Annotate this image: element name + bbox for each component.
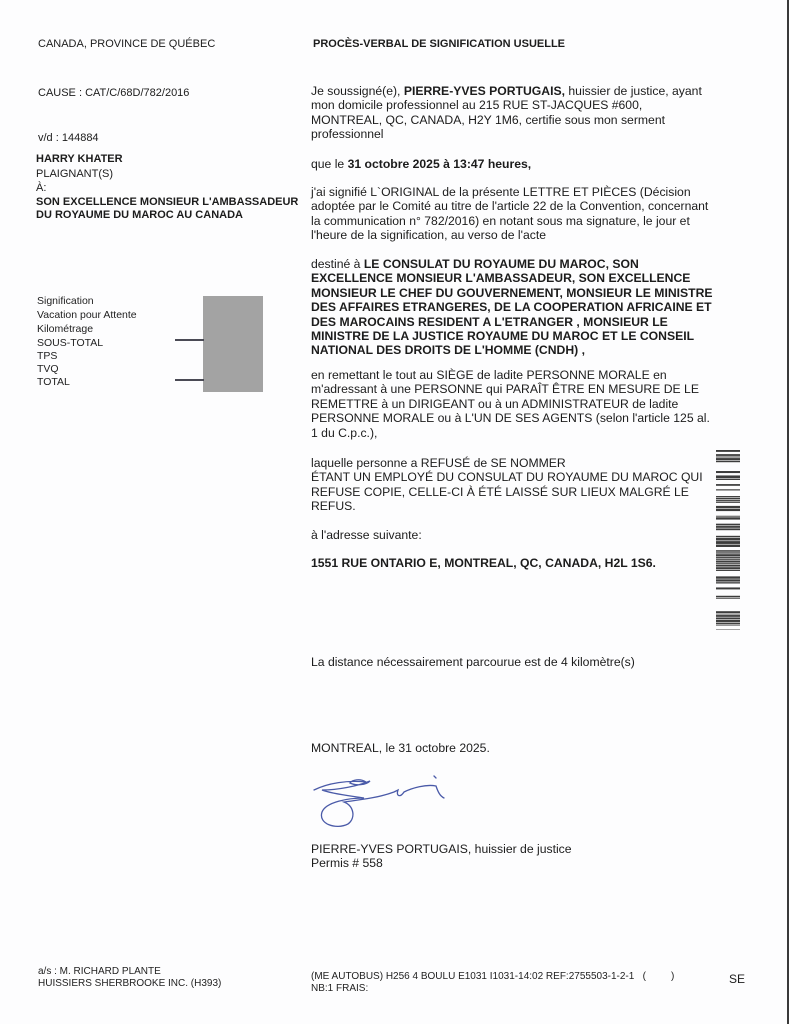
total-line [175,379,204,381]
footer-code: SE [729,972,745,986]
paragraph-date: que le 31 octobre 2025 à 13:47 heures, [311,157,716,171]
fees-line: NB:1 FRAIS: [311,983,674,995]
refusal-line-1: laquelle personne a REFUSÉ de SE NOMMER [311,456,716,470]
defendant-line-2: DU ROYAUME DU MAROC AU CANADA [36,209,298,222]
fee-subtotal: SOUS-TOTAL [37,337,137,350]
vd-number: v/d : 144884 [38,132,99,145]
fee-vacation: Vacation pour Attente [37,309,137,322]
subtotal-line [175,339,204,341]
attention-line: a/s : M. RICHARD PLANTE [38,966,221,978]
paragraph-delivery: en remettant le tout au SIÈGE de ladite … [311,368,716,440]
defendant: SON EXCELLENCE MONSIEUR L'AMBASSADEUR DU… [36,196,298,222]
service-datetime: 31 octobre 2025 à 13:47 heures, [348,157,532,171]
barcode [716,450,740,630]
paragraph-recipients: destiné à LE CONSULAT DU ROYAUME DU MARO… [311,257,716,358]
fee-tvq: TVQ [37,363,137,376]
to-label: À: [36,182,46,195]
plaintiff-name: HARRY KHATER [36,153,123,166]
fee-total: TOTAL [37,376,137,389]
signature [308,768,448,838]
office-line: HUISSIERS SHERBROOKE INC. (H393) [38,978,221,990]
cause-number: CAUSE : CAT/C/68D/782/2016 [38,87,189,100]
jurisdiction: CANADA, PROVINCE DE QUÉBEC [38,38,215,51]
fees-list: Signification Vacation pour Attente Kilo… [37,295,137,389]
signer-name: PIERRE-YVES PORTUGAIS, huissier de justi… [311,842,716,856]
paragraph-service: j'ai signifié L`ORIGINAL de la présente … [311,185,716,243]
recipients: LE CONSULAT DU ROYAUME DU MAROC, SON EXC… [311,257,713,357]
paragraph-declarant: Je soussigné(e), PIERRE-YVES PORTUGAIS, … [311,84,716,142]
address-label: à l'adresse suivante: [311,528,716,542]
declarant-intro: Je soussigné(e), [311,84,404,98]
document-title: PROCÈS-VERBAL DE SIGNIFICATION USUELLE [313,38,565,51]
reference-line: (ME AUTOBUS) H256 4 BOULU E1031 I1031-14… [311,971,674,983]
place-and-date: MONTREAL, le 31 octobre 2025. [311,741,716,755]
fee-kilometrage: Kilométrage [37,323,137,336]
paragraph-refusal: laquelle personne a REFUSÉ de SE NOMMER … [311,456,716,514]
bailiff-name: PIERRE-YVES PORTUGAIS, [404,84,565,98]
footer-attention: a/s : M. RICHARD PLANTE HUISSIERS SHERBR… [38,966,221,990]
recipients-intro: destiné à [311,257,364,271]
fee-tps: TPS [37,350,137,363]
defendant-line-1: SON EXCELLENCE MONSIEUR L'AMBASSADEUR [36,196,298,209]
distance-statement: La distance nécessairement parcourue est… [311,655,716,669]
fee-signification: Signification [37,295,137,308]
date-intro: que le [311,157,348,171]
plaintiff-role: PLAIGNANT(S) [36,168,113,181]
refusal-line-2: ÉTANT UN EMPLOYÉ DU CONSULAT DU ROYAUME … [311,470,716,513]
permit-number: Permis # 558 [311,856,716,870]
service-address: 1551 RUE ONTARIO E, MONTREAL, QC, CANADA… [311,556,716,570]
fee-amount-box-redacted [203,296,263,392]
footer-reference: (ME AUTOBUS) H256 4 BOULU E1031 I1031-14… [311,971,674,995]
